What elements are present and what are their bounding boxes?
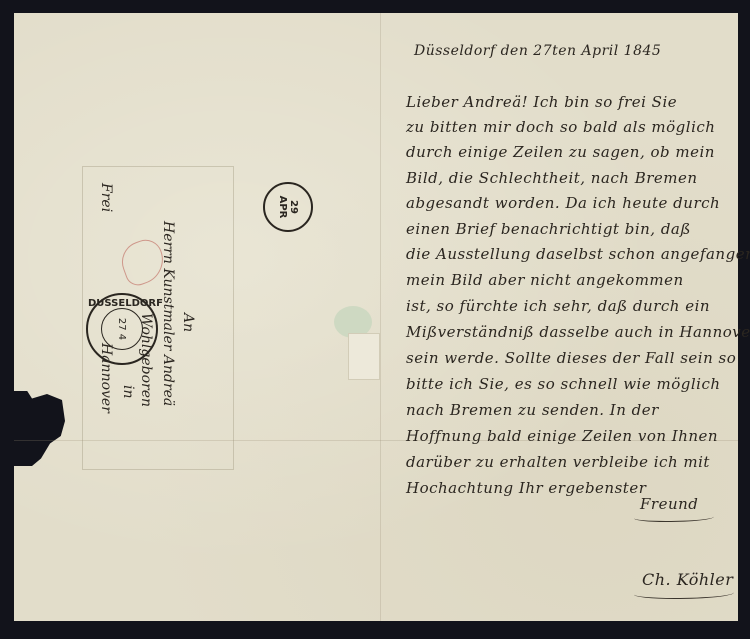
body-line: ist, so fürchte ich sehr, daß durch ein	[406, 297, 710, 315]
postmark-day: 29	[288, 200, 299, 214]
body-line: sein werde. Sollte dieses der Fall sein …	[406, 349, 736, 367]
body-line: einen Brief benachrichtigt bin, daß	[406, 220, 691, 238]
body-line: darüber zu erhalten verbleibe ich mit	[406, 453, 710, 471]
address-line-an: An	[180, 313, 196, 332]
body-line: zu bitten mir doch so bald als möglich	[406, 118, 715, 136]
body-line: Lieber Andreä! Ich bin so frei Sie	[406, 93, 677, 111]
body-line: die Ausstellung daselbst schon angefange…	[406, 245, 750, 263]
body-line: nach Bremen zu senden. In der	[406, 401, 659, 419]
postmark-date-ring: 27 4	[101, 308, 143, 350]
body-line: Hochachtung Ihr ergebenster	[406, 479, 646, 497]
body-line: Bild, die Schlechtheit, nach Bremen	[406, 169, 698, 187]
body-line: abgesandt worden. Da ich heute durch	[406, 194, 720, 212]
body-line: Hoffnung bald einige Zeilen von Ihnen	[406, 427, 718, 445]
postmark-month: APR	[277, 196, 288, 219]
dateline: Düsseldorf den 27ten April 1845	[414, 43, 661, 59]
address-line-frei: Frei	[98, 183, 114, 212]
closing: Freund	[640, 495, 698, 513]
body-line: Mißverständniß dasselbe auch in Hannover	[406, 323, 750, 341]
postmark-arrival: 29 APR	[263, 182, 313, 232]
postmark-departure: DUSSELDORF 27 4	[86, 293, 158, 365]
torn-edge	[14, 391, 74, 466]
address-line-in: in	[120, 385, 136, 399]
body-line: durch einige Zeilen zu sagen, ob mein	[406, 143, 715, 161]
body-line: mein Bild aber nicht angekommen	[406, 271, 684, 289]
signature: Ch. Köhler	[642, 570, 733, 589]
seal-paper-patch	[348, 333, 380, 380]
postmark-date: 27 4	[117, 318, 128, 340]
signature-flourish	[634, 588, 734, 599]
body-line: bitte ich Sie, es so schnell wie möglich	[406, 375, 721, 393]
address-line-recipient: Herrn Kunstmaler Andreä	[160, 221, 176, 406]
closing-flourish	[634, 513, 714, 522]
fold-line-vertical	[380, 13, 381, 621]
letter-sheet: An Herrn Kunstmaler Andreä Wohlgeboren i…	[14, 13, 738, 621]
